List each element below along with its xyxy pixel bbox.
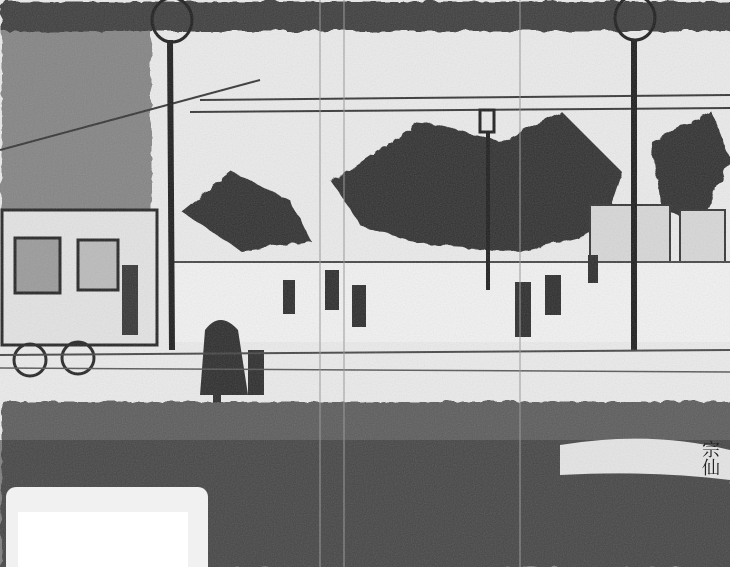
sketch-drawing	[0, 0, 730, 567]
sketch-image: 宗仙	[0, 0, 730, 567]
artist-signature: 宗仙	[670, 440, 720, 476]
label-inner-blank	[18, 512, 188, 567]
